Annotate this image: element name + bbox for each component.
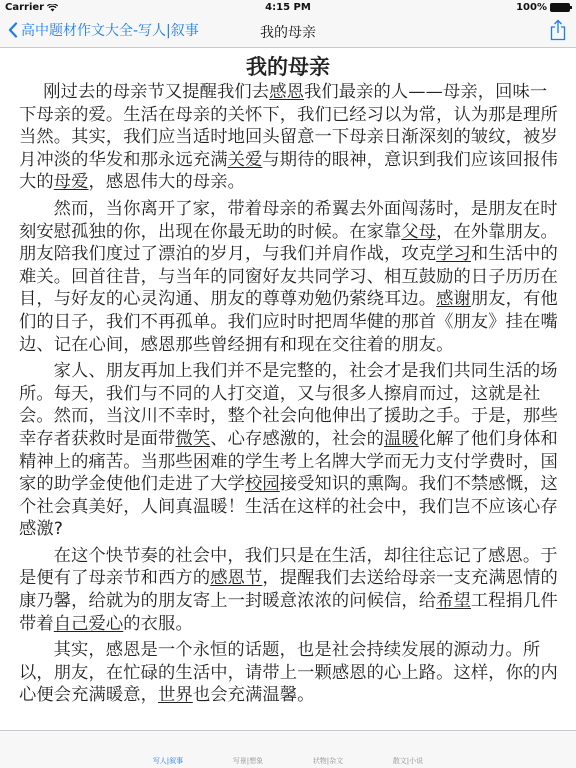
keyword-link[interactable]: 希望 — [436, 591, 471, 611]
battery-percent: 100% — [516, 2, 547, 13]
article-body: 刚过去的母亲节又提醒我们去感恩我们最亲的人——母亲，回味一下母亲的爱。生活在母亲… — [0, 81, 576, 707]
keyword-link[interactable]: 感恩节 — [210, 568, 262, 588]
keyword-link[interactable]: 感谢 — [436, 289, 471, 309]
article-paragraph: 然而，当你离开了家，带着母亲的希翼去外面闯荡时，是朋友在时刻安慰孤独的你，出现在… — [19, 198, 558, 356]
keyword-link[interactable]: 关爱 — [228, 150, 263, 170]
article-paragraph: 家人、朋友再加上我们并不是完整的，社会才是我们共同生活的场所。每天，我们与不同的… — [19, 360, 558, 541]
keyword-link[interactable]: 学习 — [436, 244, 471, 264]
status-bar: Carrier 4:15 PM 100% — [0, 0, 576, 16]
clock: 4:15 PM — [0, 2, 576, 13]
share-icon — [550, 19, 566, 41]
article-title: 我的母亲 — [0, 53, 576, 81]
paragraph-text: 也会充满温馨。 — [193, 685, 315, 705]
battery-icon — [550, 3, 570, 12]
tab-3[interactable]: 状物|杂文 — [288, 756, 368, 766]
keyword-link[interactable]: 感恩 — [269, 82, 304, 102]
keyword-link[interactable]: 自己爱心 — [54, 614, 124, 634]
article-paragraph: 刚过去的母亲节又提醒我们去感恩我们最亲的人——母亲，回味一下母亲的爱。生活在母亲… — [19, 81, 558, 194]
keyword-link[interactable]: 父母 — [401, 222, 436, 242]
article-scroll-view[interactable]: 我的母亲 刚过去的母亲节又提醒我们去感恩我们最亲的人——母亲，回味一下母亲的爱。… — [0, 48, 576, 730]
keyword-link[interactable]: 母爱 — [54, 172, 89, 192]
paragraph-text: 的衣服。 — [123, 614, 193, 634]
battery-indicator: 100% — [516, 2, 570, 13]
article-paragraph: 在这个快节奏的社会中，我们只是在生活，却往往忘记了感恩。于是便有了母亲节和西方的… — [19, 545, 558, 635]
paragraph-text: 、心存感激的，社会的 — [210, 429, 384, 449]
back-button[interactable]: 高中题材作文大全-写人|叙事 — [8, 20, 199, 40]
share-button[interactable] — [550, 19, 566, 45]
keyword-link[interactable]: 世界 — [158, 685, 193, 705]
tab-1[interactable]: 写人|叙事 — [128, 756, 208, 766]
tab-items: 写人|叙事写景|想象状物|杂文散文|小说 — [0, 756, 576, 766]
tab-bar: 写人|叙事写景|想象状物|杂文散文|小说 — [0, 730, 576, 768]
keyword-link[interactable]: 温暖 — [384, 429, 419, 449]
article-paragraph: 其实，感恩是一个永恒的话题，也是社会持续发展的源动力。所以，朋友，在忙碌的生活中… — [19, 639, 558, 707]
keyword-link[interactable]: 微笑 — [175, 429, 210, 449]
tab-4[interactable]: 散文|小说 — [368, 756, 448, 766]
keyword-link[interactable]: 校园 — [245, 474, 280, 494]
paragraph-text: 刚过去的母亲节又提醒我们去 — [43, 82, 269, 102]
navigation-bar: 高中题材作文大全-写人|叙事 我的母亲 — [0, 16, 576, 48]
chevron-left-icon — [8, 22, 18, 38]
tab-2[interactable]: 写景|想象 — [208, 756, 288, 766]
paragraph-text: ，感恩伟大的母亲。 — [89, 172, 245, 192]
back-button-label: 高中题材作文大全-写人|叙事 — [21, 20, 199, 40]
